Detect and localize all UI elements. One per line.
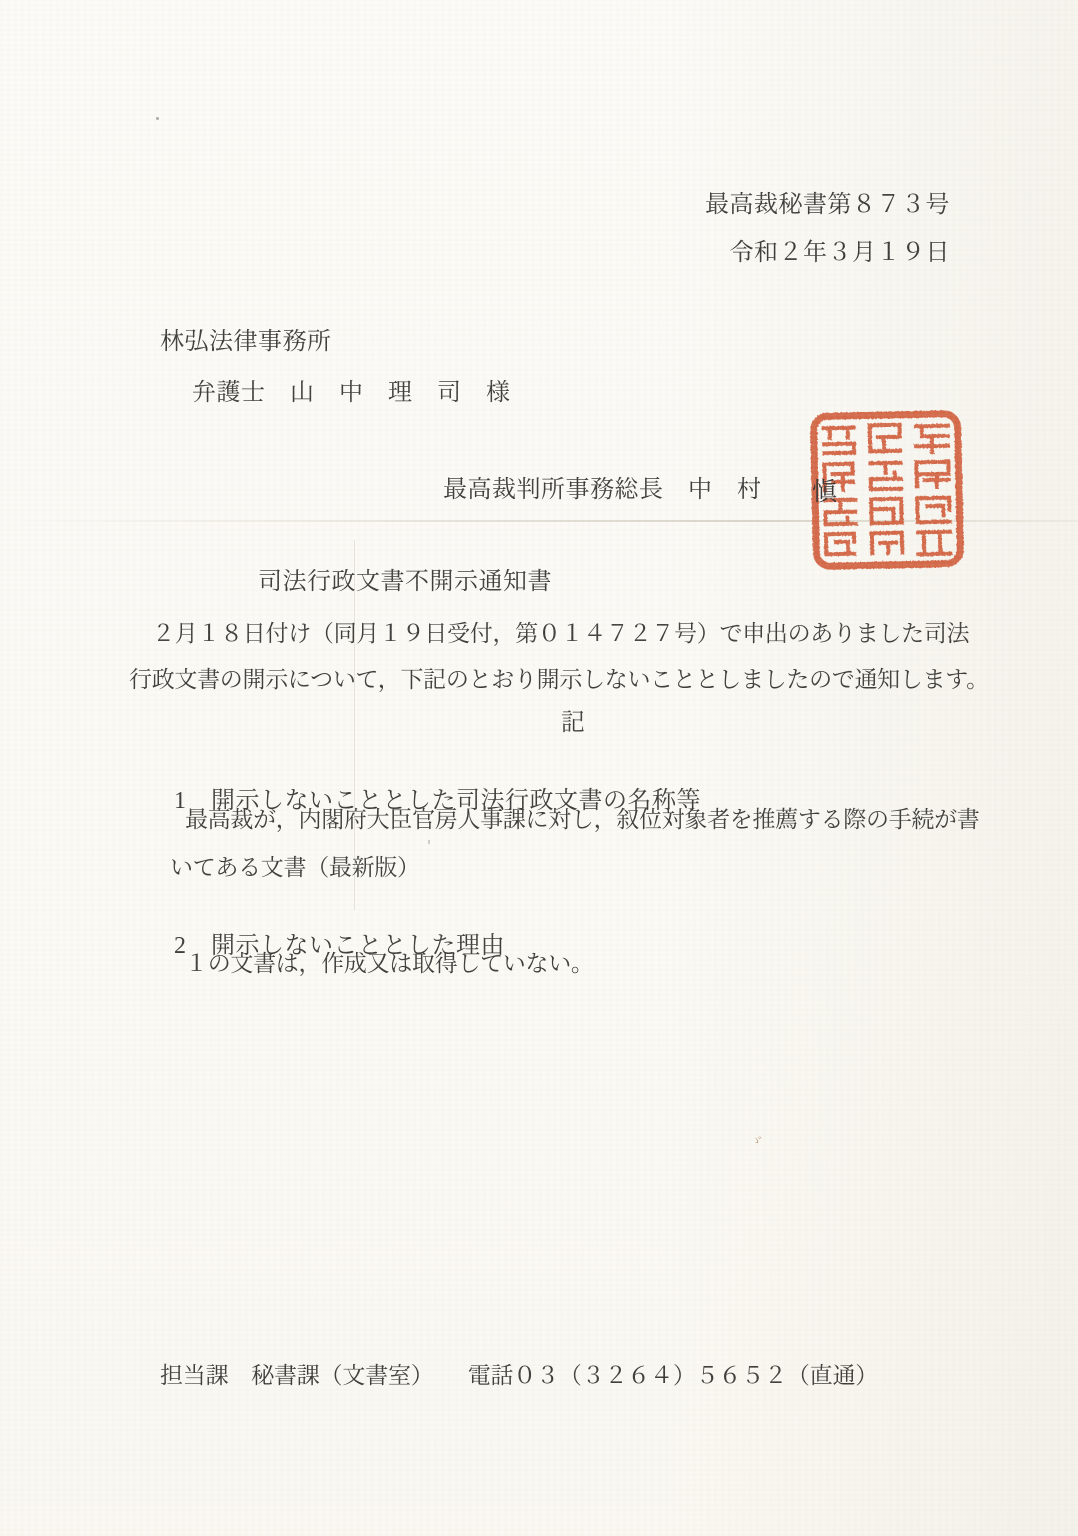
ink-speck: ゞ xyxy=(748,1129,765,1150)
recipient-office: 林弘法律事務所 xyxy=(160,328,332,357)
body-line-2: 行政文書の開示について，下記のとおり開示しないこととしましたので通知します。 xyxy=(129,666,989,694)
document-title: 司法行政文書不開示通知書 xyxy=(258,568,552,597)
item-1-body-line-2: いてある文書（最新版） xyxy=(170,854,420,882)
record-marker: 記 xyxy=(561,709,586,738)
document-number: 最高裁秘書第８７３号 xyxy=(705,191,950,220)
sender-given-name: 愼 xyxy=(812,472,837,508)
scanned-document-page: ゞ 最高裁秘書第８７３号 令和２年３月１９日 林弘法律事務所 弁護士 山 中 理… xyxy=(0,0,1078,1536)
contact-line: 担当課 秘書課（文書室） 電話０３（３２６４）５６５２（直通） xyxy=(160,1362,878,1390)
scan-dust-speck xyxy=(156,117,159,120)
recipient-name: 弁護士 山 中 理 司 様 xyxy=(192,379,511,408)
item-1-body-line-1: 最高裁が，内閣府大臣官房人事課に対し，叙位対象者を推薦する際の手続が書 xyxy=(185,806,980,834)
item-2-body-line-1: １の文書は，作成又は取得していない。 xyxy=(185,950,594,978)
body-line-1: ２月１８日付け（同月１９日受付，第０１４７２７号）で申出のありました司法 xyxy=(152,620,969,648)
sender-title-and-name: 最高裁判所事務総長 中 村 xyxy=(443,476,762,505)
document-date: 令和２年３月１９日 xyxy=(730,239,951,268)
